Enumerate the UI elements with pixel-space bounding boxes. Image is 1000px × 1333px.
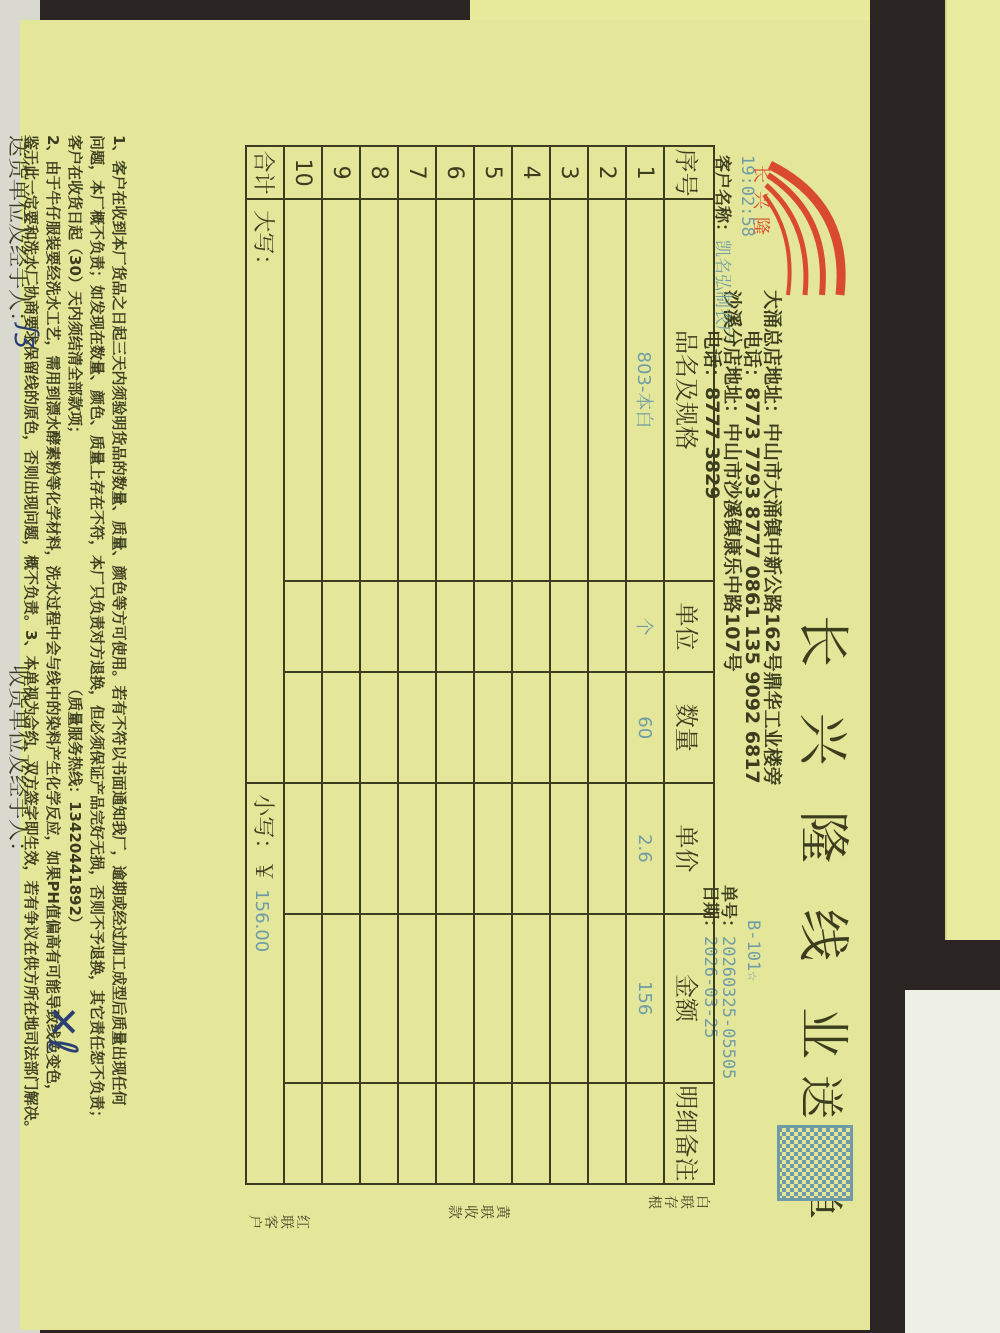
qr-code-icon <box>777 1125 853 1201</box>
customer-name: 凯名弘制衣厂 <box>712 240 732 342</box>
col-header-amount: 金额 <box>664 914 714 1083</box>
table-row: 3 <box>550 146 588 1184</box>
item-unit: 个 <box>626 581 664 673</box>
items-table: 序号 品名及规格 单位 数量 单价 金额 明细备注 1 803-本白 个 60 … <box>245 145 715 1185</box>
total-amount-value: 156.00 <box>252 889 273 952</box>
white-receipt-stack <box>905 990 1000 1333</box>
receiver-signature-label: 收货单位及经手人： <box>4 665 35 863</box>
copy-white-label: 白联存根 <box>646 1195 710 1211</box>
item-price: 2.6 <box>626 783 664 913</box>
sender-signature: ʃʒ <box>13 325 43 349</box>
terms-and-conditions: 1、客户在收到本厂货品之日起三天内须验明货品的数量、质量、颜色等方可使用。若有不… <box>20 135 130 1255</box>
col-header-name: 品名及规格 <box>664 199 714 580</box>
total-row: 合计 大写： 小写：￥ 156.00 <box>246 146 284 1184</box>
table-row: 5 <box>474 146 512 1184</box>
copy-red-label: 红联客户 <box>246 1215 310 1231</box>
total-label: 合计 <box>246 146 284 199</box>
paper-stack-right <box>945 0 1000 940</box>
col-header-note: 明细备注 <box>664 1083 714 1184</box>
small-amount: 小写：￥ 156.00 <box>246 783 284 1184</box>
copy-yellow-label: 黄联收款 <box>446 1205 510 1221</box>
print-time: 19:02:58 <box>737 155 757 237</box>
table-row: 8 <box>360 146 398 1184</box>
item-amount: 156 <box>626 914 664 1083</box>
delivery-note-form: 长兴隆 长兴隆线业 送货单 大涌总店地址：中山市大涌镇中新公路162号鼎华工业楼… <box>15 25 875 1325</box>
capital-amount: 大写： <box>246 199 284 783</box>
col-header-unit: 单位 <box>664 581 714 673</box>
table-row: 9 <box>322 146 360 1184</box>
table-row: 1 803-本白 个 60 2.6 156 <box>626 146 664 1184</box>
col-header-no: 序号 <box>664 146 714 199</box>
receiver-signature: ✕ℓ <box>39 1005 85 1055</box>
table-row: 7 <box>398 146 436 1184</box>
table-row: 6 <box>436 146 474 1184</box>
table-row: 10 <box>284 146 322 1184</box>
item-qty: 60 <box>626 672 664 783</box>
table-header-row: 序号 品名及规格 单位 数量 单价 金额 明细备注 <box>664 146 714 1184</box>
table-row: 2 <box>588 146 626 1184</box>
col-header-qty: 数量 <box>664 672 714 783</box>
item-name: 803-本白 <box>626 199 664 580</box>
table-row: 4 <box>512 146 550 1184</box>
customer-line: 客户名称：凯名弘制衣厂 <box>712 155 737 342</box>
item-note <box>626 1083 664 1184</box>
sender-signature-label: 送货单位及经手人： <box>4 135 35 333</box>
col-header-price: 单价 <box>664 783 714 913</box>
company-name: 长兴隆线业 <box>790 615 865 1105</box>
stall-code: B-101☆ <box>743 920 763 981</box>
